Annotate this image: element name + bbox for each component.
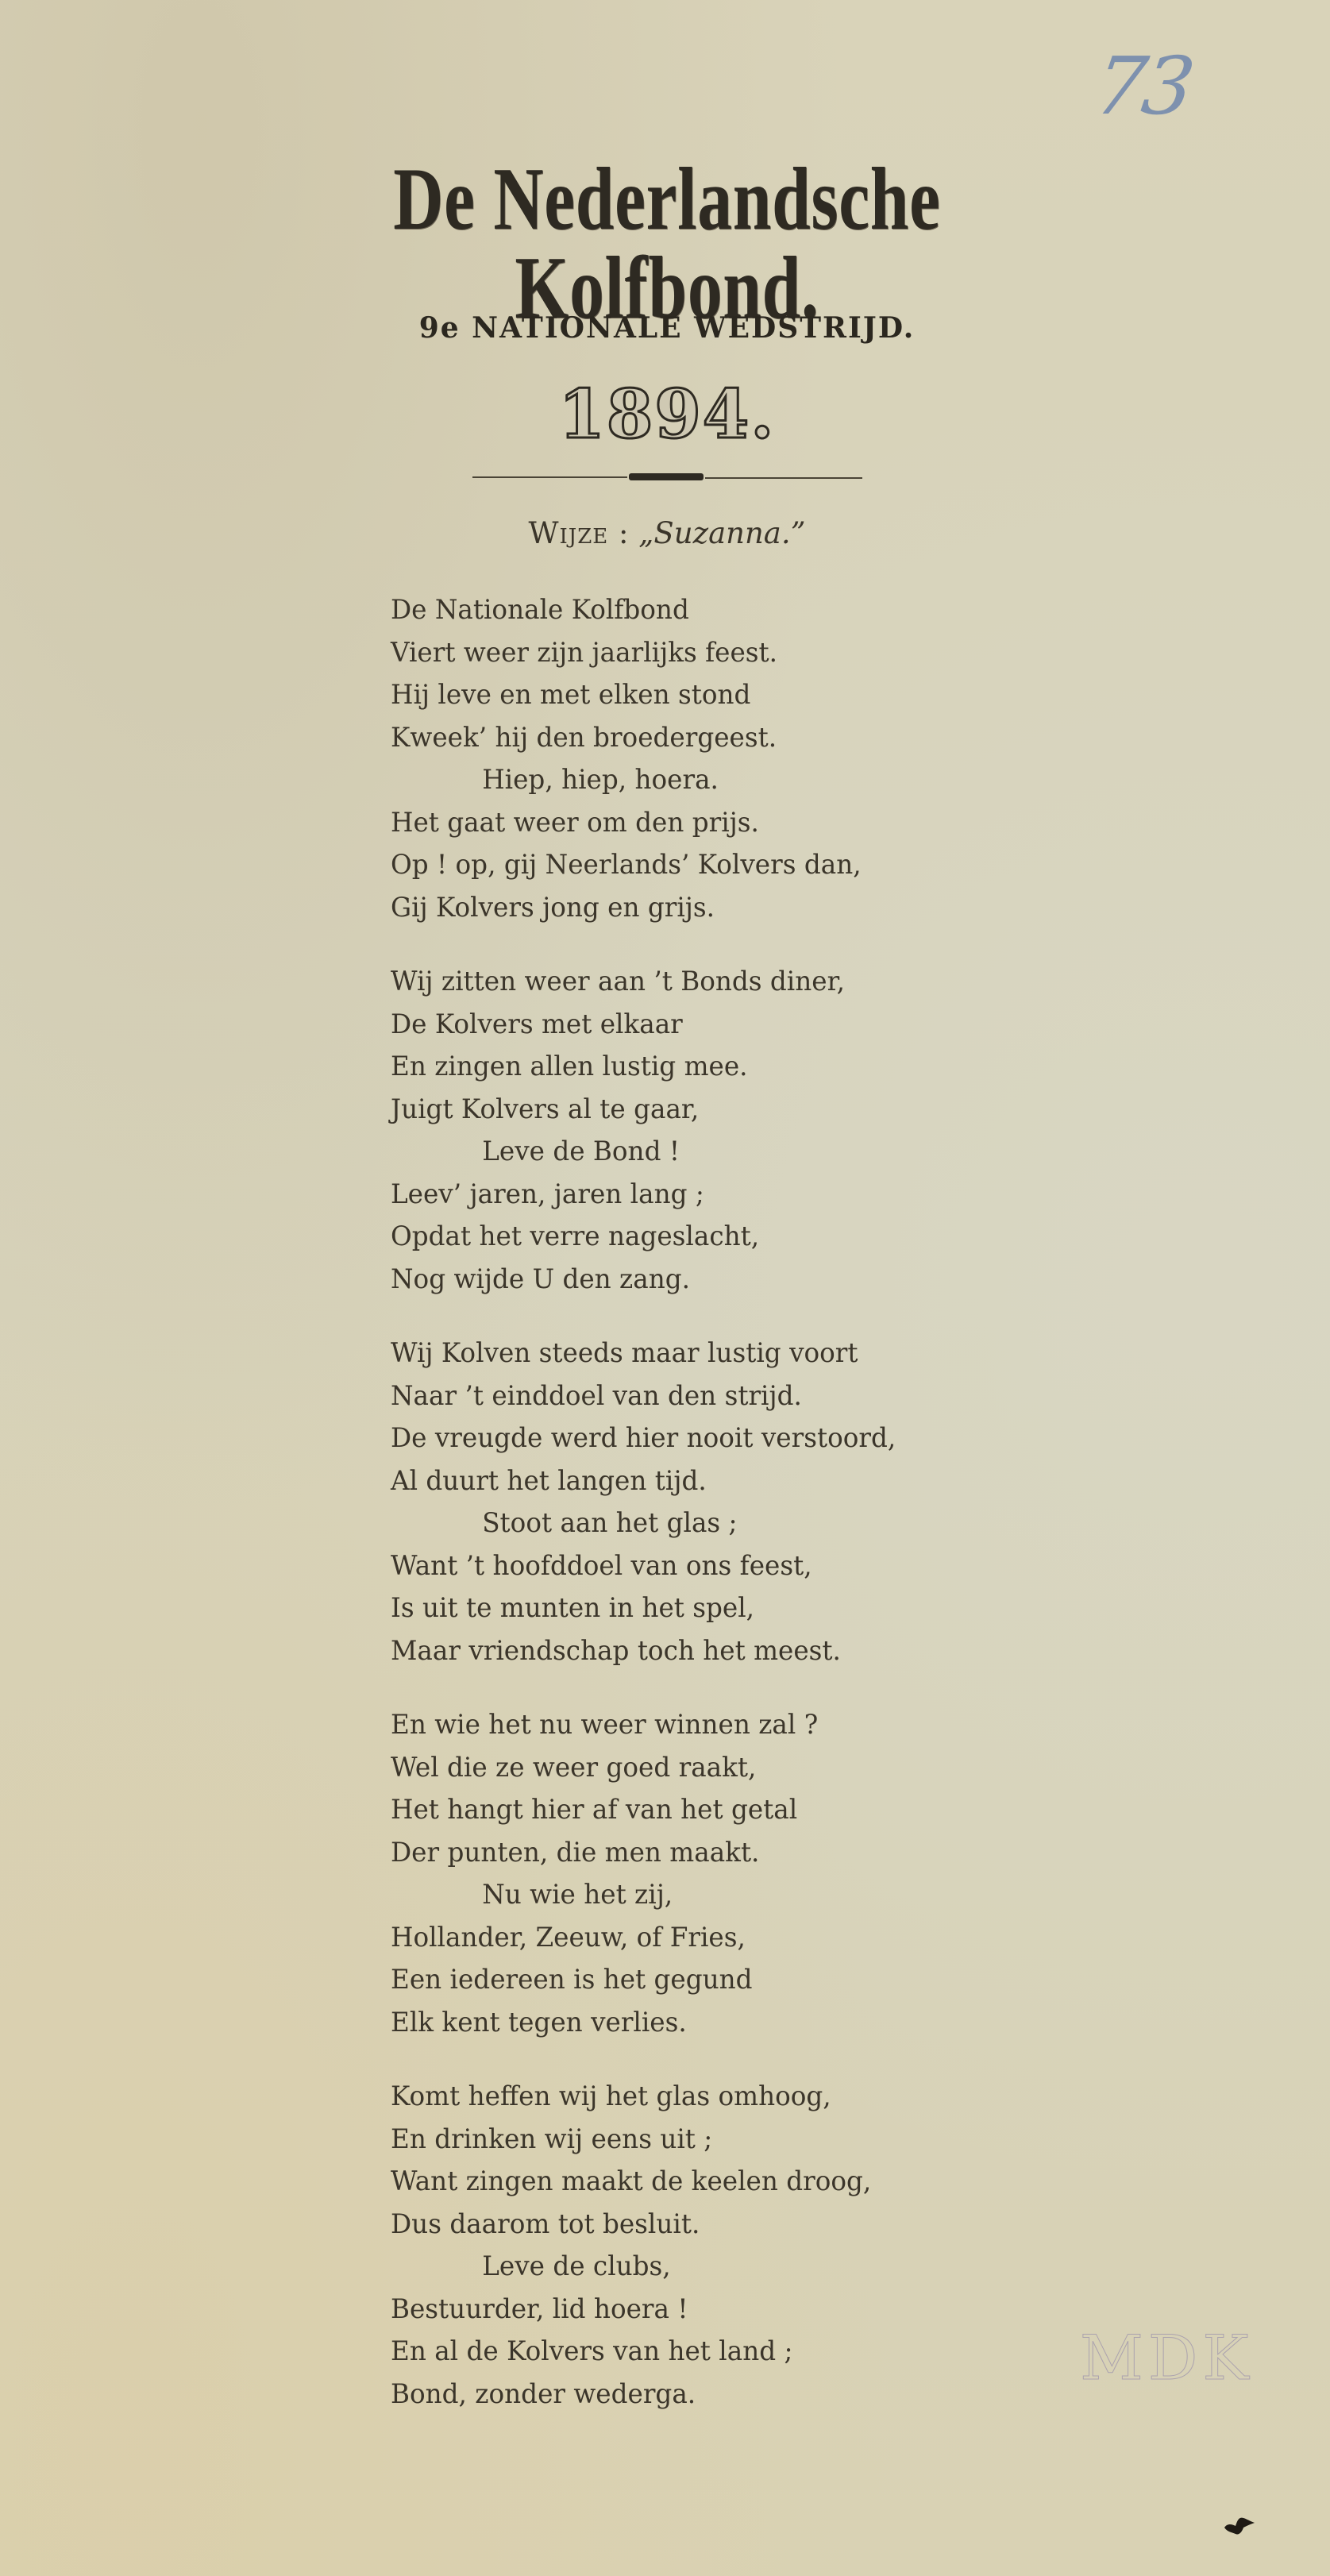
tune-line: Wijze : „Suzanna.” bbox=[357, 516, 977, 550]
handwritten-page-number: 73 bbox=[1089, 40, 1197, 133]
poem-line: Nog wijde U den zang. bbox=[391, 1259, 1077, 1301]
stanza-5: Komt heffen wij het glas omhoog, En drin… bbox=[391, 2076, 1105, 2416]
poem-line: Der punten, die men maakt. bbox=[391, 1832, 1077, 1875]
stanza-3: Wij Kolven steeds maar lustig voort Naar… bbox=[391, 1332, 1105, 1672]
poem-line: Elk kent tegen verlies. bbox=[391, 2002, 1077, 2045]
poem-line: Al duurt het langen tijd. bbox=[391, 1460, 1077, 1503]
poem-line: Wij Kolven steeds maar lustig voort bbox=[391, 1332, 1077, 1375]
poem-line: De Kolvers met elkaar bbox=[391, 1004, 1077, 1047]
poem: De Nationale Kolfbond Viert weer zijn ja… bbox=[391, 589, 1105, 2447]
divider-rule-right bbox=[705, 477, 862, 479]
poem-refrain-line: Nu wie het zij, bbox=[391, 1874, 1077, 1917]
stanza-1: De Nationale Kolfbond Viert weer zijn ja… bbox=[391, 589, 1105, 929]
poem-line: De Nationale Kolfbond bbox=[391, 589, 1077, 632]
poem-refrain-line: Stoot aan het glas ; bbox=[391, 1502, 1077, 1545]
poem-line: Leev’ jaren, jaren lang ; bbox=[391, 1174, 1077, 1217]
poem-line: Komt heffen wij het glas omhoog, bbox=[391, 2076, 1077, 2119]
page-subtitle: 9e NATIONALE WEDSTRIJD. bbox=[238, 311, 1096, 345]
tune-name: „Suzanna.” bbox=[638, 516, 805, 550]
poem-refrain-line: Leve de Bond ! bbox=[391, 1131, 1077, 1174]
poem-line: Bestuurder, lid hoera ! bbox=[391, 2289, 1077, 2331]
poem-line: Juigt Kolvers al te gaar, bbox=[391, 1089, 1077, 1132]
poem-line: Want ’t hoofddoel van ons feest, bbox=[391, 1545, 1077, 1588]
tune-label: Wijze : bbox=[528, 516, 629, 550]
poem-line: Dus daarom tot besluit. bbox=[391, 2204, 1077, 2246]
poem-line: Het gaat weer om den prijs. bbox=[391, 802, 1077, 845]
poem-line: Opdat het verre nageslacht, bbox=[391, 1216, 1077, 1259]
year-heading: 1894. bbox=[476, 381, 858, 448]
poem-line: Hij leve en met elken stond bbox=[391, 674, 1077, 717]
poem-line: Op ! op, gij Neerlands’ Kolvers dan, bbox=[391, 844, 1077, 887]
page-title: De Nederlandsche Kolfbond. bbox=[333, 155, 1001, 333]
divider-rule-left bbox=[472, 476, 627, 478]
poem-line: En zingen allen lustig mee. bbox=[391, 1046, 1077, 1089]
poem-refrain-line: Leve de clubs, bbox=[391, 2246, 1077, 2289]
poem-line: Een iedereen is het gegund bbox=[391, 1959, 1077, 2002]
poem-line: Gij Kolvers jong en grijs. bbox=[391, 887, 1077, 930]
poem-line: Kweek’ hij den broedergeest. bbox=[391, 717, 1077, 760]
poem-line: Bond, zonder wederga. bbox=[391, 2374, 1077, 2416]
poem-line: Hollander, Zeeuw, of Fries, bbox=[391, 1917, 1077, 1960]
stanza-2: Wij zitten weer aan ’t Bonds diner, De K… bbox=[391, 961, 1105, 1301]
poem-line: Het hangt hier af van het getal bbox=[391, 1789, 1077, 1832]
poem-line: Viert weer zijn jaarlijks feest. bbox=[391, 632, 1077, 675]
library-stamp: MDK bbox=[1080, 2323, 1254, 2394]
stanza-4: En wie het nu weer winnen zal ? Wel die … bbox=[391, 1704, 1105, 2044]
poem-line: En wie het nu weer winnen zal ? bbox=[391, 1704, 1077, 1747]
poem-line: En drinken wij eens uit ; bbox=[391, 2119, 1077, 2161]
poem-line: Wij zitten weer aan ’t Bonds diner, bbox=[391, 961, 1077, 1004]
ink-blot-ornament-icon bbox=[1223, 2513, 1258, 2537]
poem-line: De vreugde werd hier nooit verstoord, bbox=[391, 1417, 1077, 1460]
poem-refrain-line: Hiep, hiep, hoera. bbox=[391, 759, 1077, 802]
poem-line: Naar ’t einddoel van den strijd. bbox=[391, 1375, 1077, 1418]
divider-ornament bbox=[629, 473, 704, 480]
poem-line: En al de Kolvers van het land ; bbox=[391, 2331, 1077, 2374]
poem-line: Maar vriendschap toch het meest. bbox=[391, 1630, 1077, 1673]
poem-line: Is uit te munten in het spel, bbox=[391, 1587, 1077, 1630]
poem-line: Want zingen maakt de keelen droog, bbox=[391, 2161, 1077, 2204]
poem-line: Wel die ze weer goed raakt, bbox=[391, 1747, 1077, 1790]
